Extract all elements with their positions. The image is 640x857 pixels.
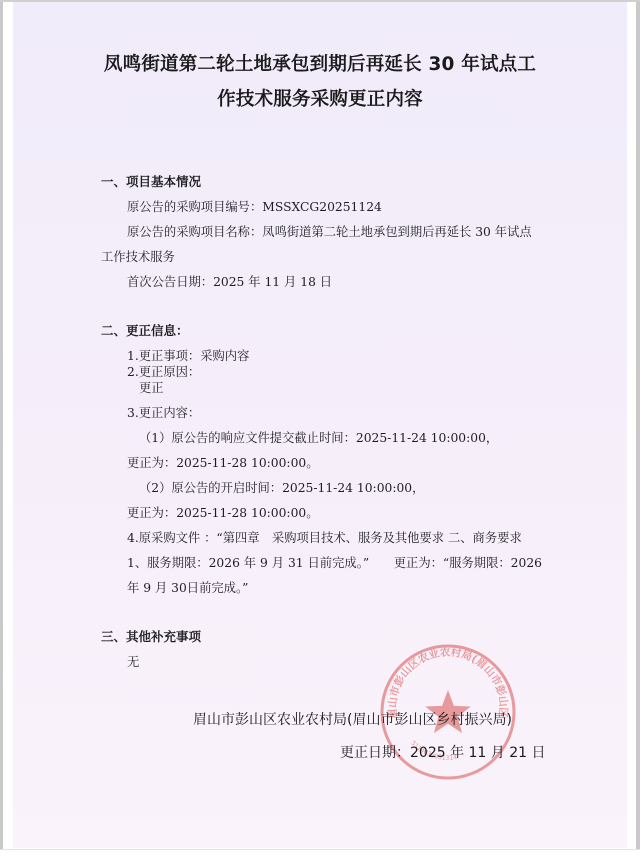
project-name-line-1: 原公告的采购项目名称：凤鸣街道第二轮土地承包到期后再延长 30 年试点 xyxy=(127,224,532,240)
supplementary-value: 无 xyxy=(127,654,139,670)
project-number: 原公告的采购项目编号：MSSXCG20251124 xyxy=(127,199,382,215)
correction-reason-value: 更正 xyxy=(139,380,164,396)
document-title-line-1: 凤鸣街道第二轮土地承包到期后再延长 30 年试点工 xyxy=(13,50,627,76)
correction-sub-1-new: 更正为：2025-11-28 10:00:00。 xyxy=(127,455,319,471)
section-1-heading: 一、项目基本情况 xyxy=(101,174,201,190)
correction-item-4-line-3: 年 9 月 30日前完成。” xyxy=(127,580,248,596)
document-title-line-2: 作技术服务采购更正内容 xyxy=(13,85,627,111)
correction-item-4-line-2: 1、服务期限：2026 年 9 月 31 日前完成。” 更正为：“服务期限：20… xyxy=(127,555,542,571)
section-3-heading: 三、其他补充事项 xyxy=(101,629,201,645)
correction-sub-2-new: 更正为：2025-11-28 10:00:00。 xyxy=(127,505,319,521)
correction-item-2: 2.更正原因： xyxy=(127,364,200,380)
viewer-border-left xyxy=(0,0,3,857)
correction-sub-2-original: （2）原公告的开启时间：2025-11-24 10:00:00， xyxy=(139,480,424,496)
document-page: 凤鸣街道第二轮土地承包到期后再延长 30 年试点工 作技术服务采购更正内容 一、… xyxy=(13,2,627,848)
correction-item-3: 3.更正内容： xyxy=(127,405,200,421)
issuing-organization: 眉山市彭山区农业农村局(眉山市彭山区乡村振兴局) xyxy=(193,709,512,729)
viewer-border-right xyxy=(636,0,640,857)
section-2-heading: 二、更正信息： xyxy=(101,323,189,339)
correction-item-4-line-1: 4.原采购文件 ：“第四章 采购项目技术、服务及其他要求 二、商务要求 xyxy=(127,530,522,546)
correction-sub-1-original: （1）原公告的响应文件提交截止时间：2025-11-24 10:00:00， xyxy=(139,430,498,446)
first-notice-date: 首次公告日期：2025 年 11 月 18 日 xyxy=(127,274,332,290)
viewer-border-bottom xyxy=(0,849,640,857)
correction-item-1: 1.更正事项：采购内容 xyxy=(127,348,249,364)
correction-date: 更正日期：2025 年 11 月 21 日 xyxy=(340,742,546,762)
project-name-line-2: 工作技术服务 xyxy=(101,249,175,265)
